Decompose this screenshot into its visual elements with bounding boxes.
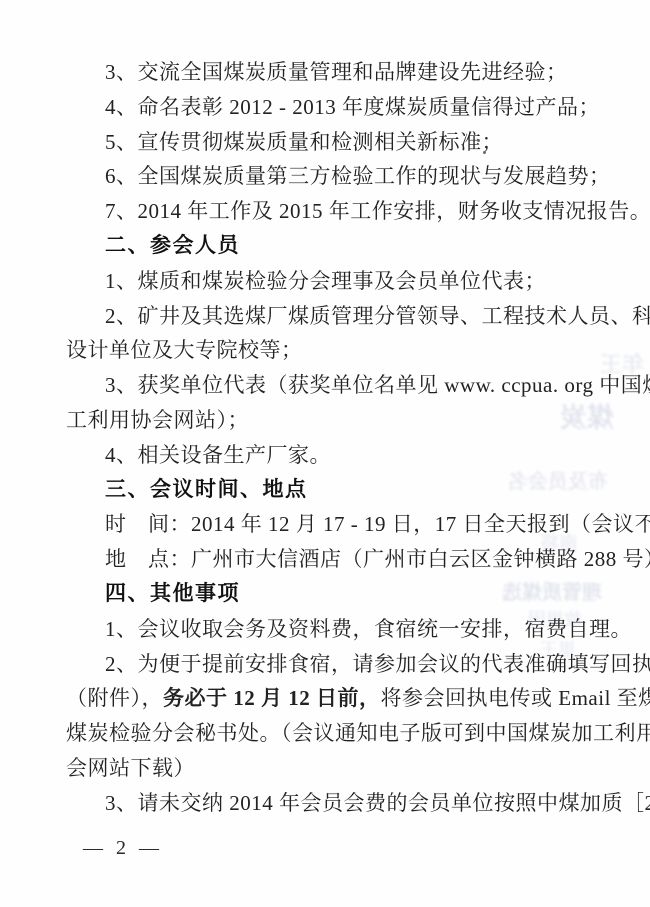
text-segment: 6、全国煤炭质量第三方检验工作的现状与发展趋势； (105, 164, 611, 188)
document-page: 3、交流全国煤炭质量管理和品牌建设先进经验；4、命名表彰 2012 - 2013… (0, 0, 650, 907)
text-line: 6、全国煤炭质量第三方检验工作的现状与发展趋势； (66, 159, 616, 194)
emphasized-text: 务必于 12 月 12 日前， (163, 686, 381, 710)
text-segment: 1、会议收取会务及资料费，食宿统一安排，宿费自理。 (105, 617, 632, 641)
text-segment: 1、煤质和煤炭检验分会理事及会员单位代表； (105, 269, 546, 293)
text-line: 7、2014 年工作及 2015 年工作安排，财务收支情况报告。 (66, 194, 616, 229)
text-segment: 2、矿井及其选煤厂煤质管理分管领导、工程技术人员、科研 (105, 304, 650, 328)
text-segment: 时 间：2014 年 12 月 17 - 19 日，17 日全天报到（会议不安排… (105, 512, 650, 536)
text-line: 时 间：2014 年 12 月 17 - 19 日，17 日全天报到（会议不安排… (66, 507, 616, 542)
text-segment: 将参会回执电传或 Email 至煤质和 (381, 686, 650, 710)
text-line: 5、宣传贯彻煤炭质量和检测相关新标准； (66, 125, 616, 160)
text-line: 2、为便于提前安排食宿，请参加会议的代表准确填写回执单 (66, 647, 616, 682)
document-body: 3、交流全国煤炭质量管理和品牌建设先进经验；4、命名表彰 2012 - 2013… (66, 55, 616, 821)
text-segment: 设计单位及大专院校等； (66, 338, 303, 362)
text-line: 工利用协会网站）； (66, 403, 616, 438)
section-heading: 三、会议时间、地点 (66, 473, 616, 508)
text-segment: 5、宣传贯彻煤炭质量和检测相关新标准； (105, 130, 503, 154)
text-line: 煤炭检验分会秘书处。（会议通知电子版可到中国煤炭加工利用协 (66, 716, 616, 751)
section-heading: 二、参会人员 (66, 229, 616, 264)
text-line: 2、矿井及其选煤厂煤质管理分管领导、工程技术人员、科研 (66, 299, 616, 334)
scan-speck (477, 139, 480, 142)
text-segment: 3、请未交纳 2014 年会员会费的会员单位按照中煤加质［2014］ (105, 791, 650, 815)
text-line: 1、煤质和煤炭检验分会理事及会员单位代表； (66, 264, 616, 299)
text-line: 4、相关设备生产厂家。 (66, 438, 616, 473)
text-segment: 二、参会人员 (105, 234, 240, 257)
text-line: 会网站下载） (66, 751, 616, 786)
text-segment: 4、相关设备生产厂家。 (105, 443, 331, 467)
text-line: 1、会议收取会务及资料费，食宿统一安排，宿费自理。 (66, 612, 616, 647)
text-line: （附件），务必于 12 月 12 日前，将参会回执电传或 Email 至煤质和 (66, 681, 616, 716)
text-segment: 会网站下载） (66, 756, 195, 780)
text-segment: 3、交流全国煤炭质量管理和品牌建设先进经验； (105, 60, 568, 84)
text-segment: 7、2014 年工作及 2015 年工作安排，财务收支情况报告。 (105, 199, 650, 223)
text-segment: 2、为便于提前安排食宿，请参加会议的代表准确填写回执单 (105, 652, 650, 676)
text-line: 3、交流全国煤炭质量管理和品牌建设先进经验； (66, 55, 616, 90)
text-segment: （附件）， (66, 686, 163, 710)
text-segment: 四、其他事项 (105, 582, 240, 605)
text-segment: 4、命名表彰 2012 - 2013 年度煤炭质量信得过产品； (105, 95, 600, 119)
text-line: 3、请未交纳 2014 年会员会费的会员单位按照中煤加质［2014］ (66, 786, 616, 821)
text-line: 设计单位及大专院校等； (66, 333, 616, 368)
text-segment: 工利用协会网站）； (66, 408, 249, 432)
text-line: 4、命名表彰 2012 - 2013 年度煤炭质量信得过产品； (66, 90, 616, 125)
page-number: — 2 — (83, 837, 163, 860)
text-line: 3、获奖单位代表（获奖单位名单见 www. ccpua. org 中国煤炭加 (66, 368, 616, 403)
text-segment: 地 点：广州市大信酒店（广州市白云区金钟横路 288 号） (105, 547, 650, 571)
text-segment: 3、获奖单位代表（获奖单位名单见 www. ccpua. org 中国煤炭加 (105, 373, 650, 397)
text-segment: 煤炭检验分会秘书处。（会议通知电子版可到中国煤炭加工利用协 (66, 721, 650, 745)
scan-speck (483, 151, 486, 154)
text-line: 地 点：广州市大信酒店（广州市白云区金钟横路 288 号） (66, 542, 616, 577)
section-heading: 四、其他事项 (66, 577, 616, 612)
text-segment: 三、会议时间、地点 (105, 478, 308, 501)
